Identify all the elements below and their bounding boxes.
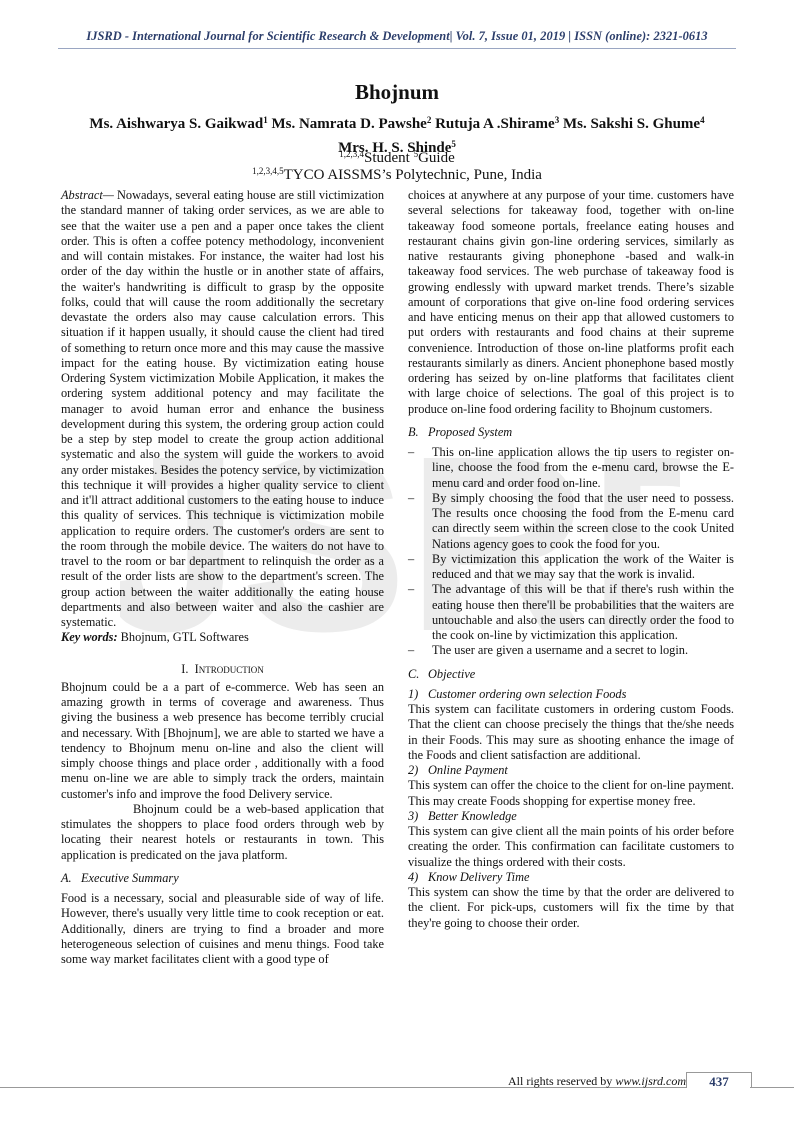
abstract-label: Abstract— <box>61 188 114 202</box>
list-item: By simply choosing the food that the use… <box>408 491 734 552</box>
role-guide: Guide <box>418 150 455 166</box>
objective-label: 2) <box>408 763 428 778</box>
abstract-text: Nowadays, several eating house are still… <box>61 188 384 629</box>
objective-text: This system can offer the choice to the … <box>408 778 734 809</box>
affiliation-text: TYCO AISSMS’s Polytechnic, Pune, India <box>284 167 542 183</box>
section-number: I. <box>181 662 188 676</box>
copyright-notice: All rights reserved by www.ijsrd.com <box>508 1074 686 1089</box>
page-number: 437 <box>686 1072 752 1088</box>
author-sup: 3 <box>555 115 560 125</box>
left-column: Abstract— Nowadays, several eating house… <box>61 188 384 967</box>
abstract: Abstract— Nowadays, several eating house… <box>61 188 384 630</box>
author-name: Rutuja A .Shirame <box>435 116 555 132</box>
objective-text: This system can show the time by that th… <box>408 885 734 931</box>
author-name: Ms. Aishwarya S. Gaikwad <box>89 116 263 132</box>
subsection-label: C. <box>408 667 428 682</box>
proposed-system-list: This on-line application allows the tip … <box>408 445 734 659</box>
list-item: The advantage of this will be that if th… <box>408 582 734 643</box>
author-sup: 1 <box>263 115 268 125</box>
author-sup: 4 <box>700 115 705 125</box>
affiliation-sup: 1,2,3,4,5 <box>252 166 284 176</box>
list-item: This on-line application allows the tip … <box>408 445 734 491</box>
objective-heading: 2)Online Payment <box>408 763 734 778</box>
section-heading-introduction: I. Introduction <box>61 662 384 677</box>
author-roles: 1,2,3,4Student 5Guide <box>0 149 794 167</box>
objective-label: 4) <box>408 870 428 885</box>
running-header: IJSRD - International Journal for Scient… <box>0 29 794 44</box>
subsection-title: Objective <box>428 667 475 681</box>
rights-text: All rights reserved by <box>508 1074 615 1088</box>
objective-heading: 1)Customer ordering own selection Foods <box>408 687 734 702</box>
objective-heading: 4)Know Delivery Time <box>408 870 734 885</box>
subsection-heading-executive-summary: A.Executive Summary <box>61 871 384 886</box>
subsection-title: Executive Summary <box>81 871 179 885</box>
intro-paragraph: Bhojnum could be a a part of e-commerce.… <box>61 680 384 802</box>
footer-divider <box>750 1087 794 1088</box>
author-name: Ms. Sakshi S. Ghume <box>563 116 700 132</box>
keywords: Key words: Bhojnum, GTL Softwares <box>61 630 384 645</box>
objective-text: This system can give client all the main… <box>408 824 734 870</box>
objective-title: Better Knowledge <box>428 809 517 823</box>
author-sup: 2 <box>427 115 432 125</box>
role-sup: 1,2,3,4 <box>339 149 364 159</box>
objective-label: 3) <box>408 809 428 824</box>
right-column: choices at anywhere at any purpose of yo… <box>408 188 734 931</box>
paper-title: Bhojnum <box>0 80 794 105</box>
keywords-text: Bhojnum, GTL Softwares <box>118 630 249 644</box>
objective-text: This system can facilitate customers in … <box>408 702 734 763</box>
objective-label: 1) <box>408 687 428 702</box>
header-divider <box>58 48 736 49</box>
keywords-label: Key words: <box>61 630 118 644</box>
section-title: Introduction <box>195 662 264 676</box>
affiliation: 1,2,3,4,5TYCO AISSMS’s Polytechnic, Pune… <box>0 166 794 184</box>
objective-heading: 3)Better Knowledge <box>408 809 734 824</box>
journal-website-link[interactable]: www.ijsrd.com <box>615 1074 686 1088</box>
author-name: Ms. Namrata D. Pawshe <box>271 116 426 132</box>
list-item: By victimization this application the wo… <box>408 552 734 583</box>
list-item: The user are given a username and a secr… <box>408 643 734 658</box>
executive-summary-text: Food is a necessary, social and pleasura… <box>61 891 384 967</box>
role-student: Student <box>364 150 414 166</box>
intro-paragraph: Bhojnum could be a web-based application… <box>61 802 384 863</box>
subsection-heading-objective: C.Objective <box>408 667 734 682</box>
objective-title: Online Payment <box>428 763 508 777</box>
executive-summary-text-cont: choices at anywhere at any purpose of yo… <box>408 188 734 417</box>
author-sup: 5 <box>451 139 456 149</box>
subsection-label: B. <box>408 425 428 440</box>
objective-title: Know Delivery Time <box>428 870 529 884</box>
subsection-label: A. <box>61 871 81 886</box>
objective-title: Customer ordering own selection Foods <box>428 687 626 701</box>
subsection-title: Proposed System <box>428 425 512 439</box>
subsection-heading-proposed-system: B.Proposed System <box>408 425 734 440</box>
